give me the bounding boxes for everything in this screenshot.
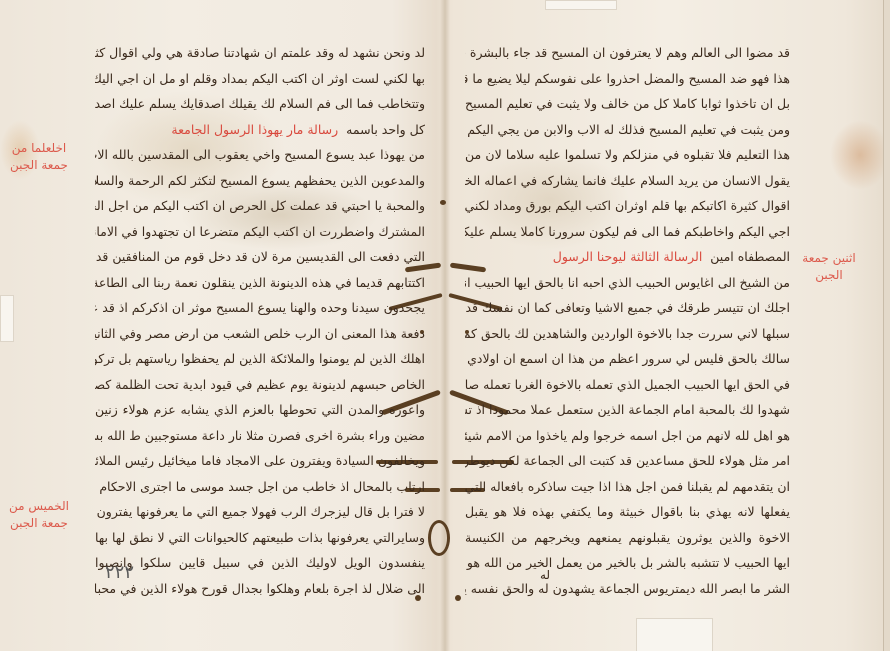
left-page: ١٣لد ونحن نشهد له وقد علمتم ان شهادتنا ص… — [95, 40, 425, 601]
ink-blot — [455, 595, 461, 601]
text-line: ١من يهوذا عبد يسوع المسيح واخي يعقوب الى… — [95, 142, 425, 168]
paper-tab — [0, 295, 14, 342]
text-line: ٦اهلك الذين لم يومنوا والملائكة الذين لم… — [95, 346, 425, 372]
text-line: ١٠ان يتقدمهم لم يقبلنا فمن اجل هذا اذا ج… — [465, 474, 790, 500]
paper-tab — [545, 0, 617, 10]
right-page: قد مضوا الى العالم وهم لا يعترفون ان الم… — [465, 40, 790, 601]
text-line: ٩بل ان تاخذوا ثوابا كاملا كل من خالف ولا… — [465, 91, 790, 117]
text-line: ١٢الى ضلال لذ اجرة بلعام وهلكوا بجدال قو… — [95, 576, 425, 602]
text-line: الاخوة والذين يوثرون يقبلونهم يمنعهم ويخ… — [465, 525, 790, 551]
text-line: ١١هذا التعليم فلا تقبلوه في منزلكم ولا ت… — [465, 142, 790, 168]
text-line: وتتخاطب فما الى فم السلام لك يقيلك اصدقا… — [95, 91, 425, 117]
text-line: اكتتابهم قديما في هذه الدينونة الذين ينق… — [95, 270, 425, 296]
text-line: ٧هو اهل لله لانهم من اجل اسمه خرجوا ولم … — [465, 423, 790, 449]
margin-note-lection: اثنين جمعة الجبن — [800, 250, 858, 284]
text-line: ٨هذا فهو ضد المسيح والمضل احذروا على نفو… — [465, 66, 790, 92]
section-heading: رسالة مار يهوذا الرسول الجامعة — [171, 122, 338, 137]
margin-note-lection: اخلعلما من جمعة الجبن — [8, 140, 70, 174]
text-line: ارتاب بالمحال اذ خاطب من اجل جسد موسى ما… — [95, 474, 425, 500]
text-line: ٣سبلها لاني سررت جدا بالاخوة الواردين وا… — [465, 321, 790, 347]
section-heading: الرسالة الثالثة ليوحنا الرسول — [553, 249, 703, 264]
text-line: مضين وراء بشرة اخرى فصرن مثلا نار داعة م… — [95, 423, 425, 449]
ink-blot — [440, 200, 446, 205]
text-line: ١٣لد ونحن نشهد له وقد علمتم ان شهادتنا ص… — [95, 40, 425, 66]
water-stain — [830, 120, 890, 190]
text-line: ١٠ومن يثبت في تعليم المسيح فذلك له الاب … — [465, 117, 790, 143]
paper-tab — [636, 618, 713, 651]
ink-blot — [428, 520, 450, 556]
text-line: ١٢يقول الانسان من يريد السلام عليك فانما… — [465, 168, 790, 194]
page-edge — [883, 0, 890, 651]
text-line: قد مضوا الى العالم وهم لا يعترفون ان الم… — [465, 40, 790, 66]
text-line: اقوال كثيرة اكاتبكم بها قلم اوثران اكتب … — [465, 193, 790, 219]
text-line: ٤سالك بالحق فليس لي سرور اعظم من هذا ان … — [465, 346, 790, 372]
text-line: يفعلها لانه يهذي بنا باقوال خبيثة وما يك… — [465, 499, 790, 525]
catchword: له — [540, 568, 550, 582]
text-line: ١١ايها الحبيب لا تتشبه بالشر بل بالخير م… — [465, 550, 790, 576]
text-line: ٥يجحدون سيدنا وحده والهنا يسوع المسيح مو… — [95, 295, 425, 321]
text-line: ٨واعوره والمدن التي تحوطها بالعزم الذي ي… — [95, 397, 425, 423]
text-line: دفعة هذا المعنى ان الرب خلص الشعب من ارض… — [95, 321, 425, 347]
text-line: ١٤بها لكني لست اوثر ان اكتب اليكم بمداد … — [95, 66, 425, 92]
text-line: ١٠لا فترا بل قال ليزجرك الرب فهولا جميع … — [95, 499, 425, 525]
text-line: ٥في الحق ايها الحبيب الجميل الذي تعمله ب… — [465, 372, 790, 398]
text-line: ١٣اجي اليكم واخاطبكم فما الى فم ليكون سر… — [465, 219, 790, 245]
text-line: ٤المشترك واضطررت ان اكتب اليكم متضرعا ان… — [95, 219, 425, 245]
folio-number: ٢٢٢ — [105, 562, 134, 583]
text-line: التي دفعت الى القديسين مرة لان قد دخل قو… — [95, 244, 425, 270]
text-line: ١من الشيخ الى اغايوس الحبيب الذي احبه ان… — [465, 270, 790, 296]
text-line: ٣والمحبة يا احبتي قد عملت كل الحرص ان اك… — [95, 193, 425, 219]
text-line: ٢والمدعوين الذين يحفظهم يسوع المسيح لتكث… — [95, 168, 425, 194]
text-line: ٢اجلك ان تتيسر طرقك في جميع الاشيا وتعاف… — [465, 295, 790, 321]
text-line: كل واحد باسمه رسالة مار يهوذا الرسول الج… — [95, 117, 425, 143]
text-line: ١١ينفسدون الويل لاوليك الذين في سبيل قاي… — [95, 550, 425, 576]
text-line: ٦شهدوا لك بالمحبة امام الجماعة الذين ستع… — [465, 397, 790, 423]
text-line: ٨امر مثل هولاء للحق مساعدين قد كتبت الى … — [465, 448, 790, 474]
margin-note-lection: الخميس من جمعة الجبن — [8, 498, 70, 532]
text-line: المصطفاه امين الرسالة الثالثة ليوحنا الر… — [465, 244, 790, 270]
text-line: ١٢الشر ما ابصر الله ديمتريوس الجماعة يشه… — [465, 576, 790, 602]
text-line: وسايرالتي يعرفونها بذات طبيعتهم كالحيوان… — [95, 525, 425, 551]
text-line: ٧الخاص حبسهم لدينونة يوم عظيم في قيود اب… — [95, 372, 425, 398]
manuscript-spread: ١٣لد ونحن نشهد له وقد علمتم ان شهادتنا ص… — [0, 0, 890, 651]
text-line: ٩ويخالفون السيادة ويفترون على الامجاد فا… — [95, 448, 425, 474]
